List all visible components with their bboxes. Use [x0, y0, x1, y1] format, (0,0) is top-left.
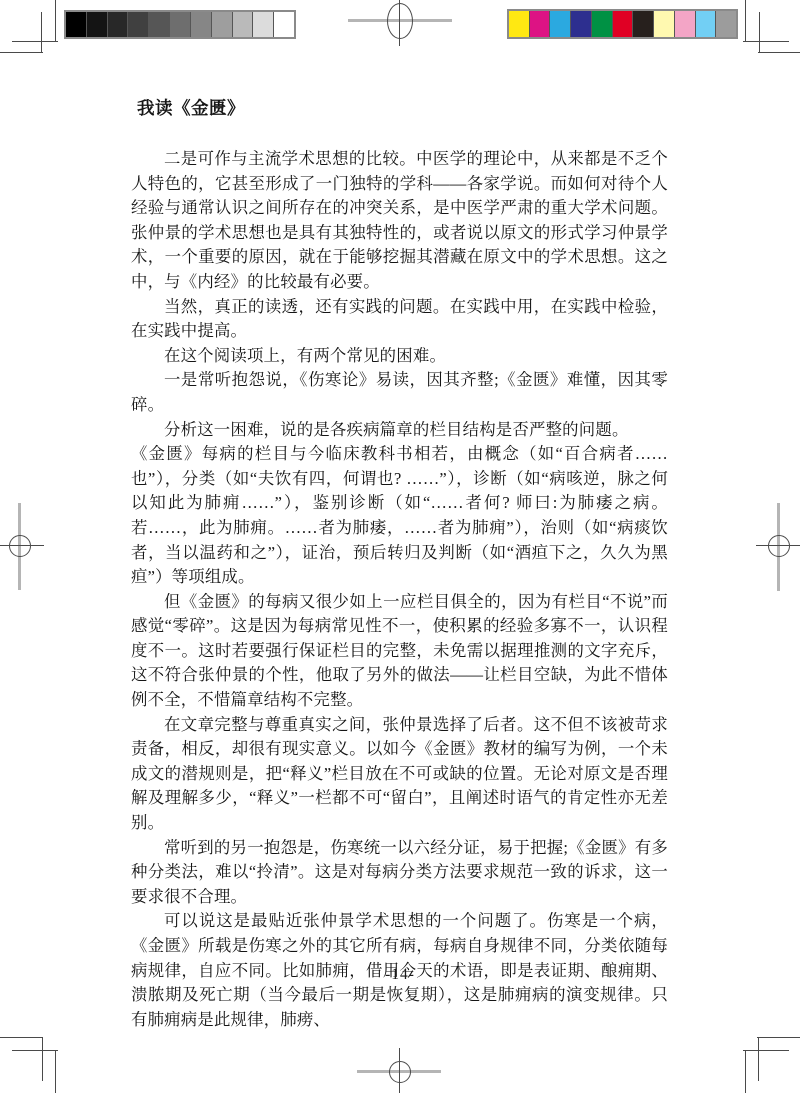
paragraph-7: 但《金匮》的每病又很少如上一应栏目俱全的，因为有栏目“不说”而感觉“零碎”。这是… [131, 590, 668, 713]
paragraph-5: 分析这一困难，说的是各疾病篇章的栏目结构是否严整的问题。 [131, 418, 668, 443]
color-swatch [571, 11, 592, 37]
page-number: -14- [0, 966, 800, 984]
color-swatch [696, 11, 717, 37]
color-swatch [592, 11, 613, 37]
grayscale-swatch [149, 12, 170, 37]
color-calibration-bar [507, 9, 738, 39]
grayscale-swatch [274, 12, 294, 37]
color-swatch [509, 11, 530, 37]
grayscale-swatch [233, 12, 254, 37]
grayscale-swatch [170, 12, 191, 37]
grayscale-swatch [191, 12, 212, 37]
color-swatch [550, 11, 571, 37]
paragraph-3: 在这个阅读项上，有两个常见的困难。 [131, 344, 668, 369]
grayscale-swatch [253, 12, 274, 37]
paragraph-6: 《金匮》每病的栏目与今临床教科书相若，由概念（如“百合病者……也”），分类（如“… [131, 442, 668, 590]
article-body: 二是可作与主流学术思想的比较。中医学的理论中，从来都是不乏个人特色的，它甚至形成… [131, 147, 668, 1032]
paragraph-1: 二是可作与主流学术思想的比较。中医学的理论中，从来都是不乏个人特色的，它甚至形成… [131, 147, 668, 295]
color-swatch [675, 11, 696, 37]
color-swatch [530, 11, 551, 37]
color-swatch [654, 11, 675, 37]
grayscale-swatch [128, 12, 149, 37]
paragraph-4: 一是常听抱怨说，《伤寒论》易读，因其齐整;《金匮》难懂，因其零碎。 [131, 368, 668, 417]
grayscale-calibration-bar [64, 10, 296, 39]
paragraph-8: 在文章完整与尊重真实之间，张仲景选择了后者。这不但不该被苛求责备，相反，却很有现… [131, 713, 668, 836]
scanned-book-page: 我读《金匮》 二是可作与主流学术思想的比较。中医学的理论中，从来都是不乏个人特色… [0, 0, 800, 1093]
grayscale-swatch [212, 12, 233, 37]
color-swatch [633, 11, 654, 37]
color-swatch [716, 11, 736, 37]
grayscale-swatch [108, 12, 129, 37]
color-swatch [613, 11, 634, 37]
grayscale-swatch [66, 12, 87, 37]
paragraph-9: 常听到的另一抱怨是，伤寒统一以六经分证，易于把握;《金匮》有多种分类法，难以“拎… [131, 836, 668, 910]
paragraph-2: 当然，真正的读透，还有实践的问题。在实践中用，在实践中检验，在实践中提高。 [131, 295, 668, 344]
page-title: 我读《金匮》 [137, 95, 245, 120]
grayscale-swatch [87, 12, 108, 37]
